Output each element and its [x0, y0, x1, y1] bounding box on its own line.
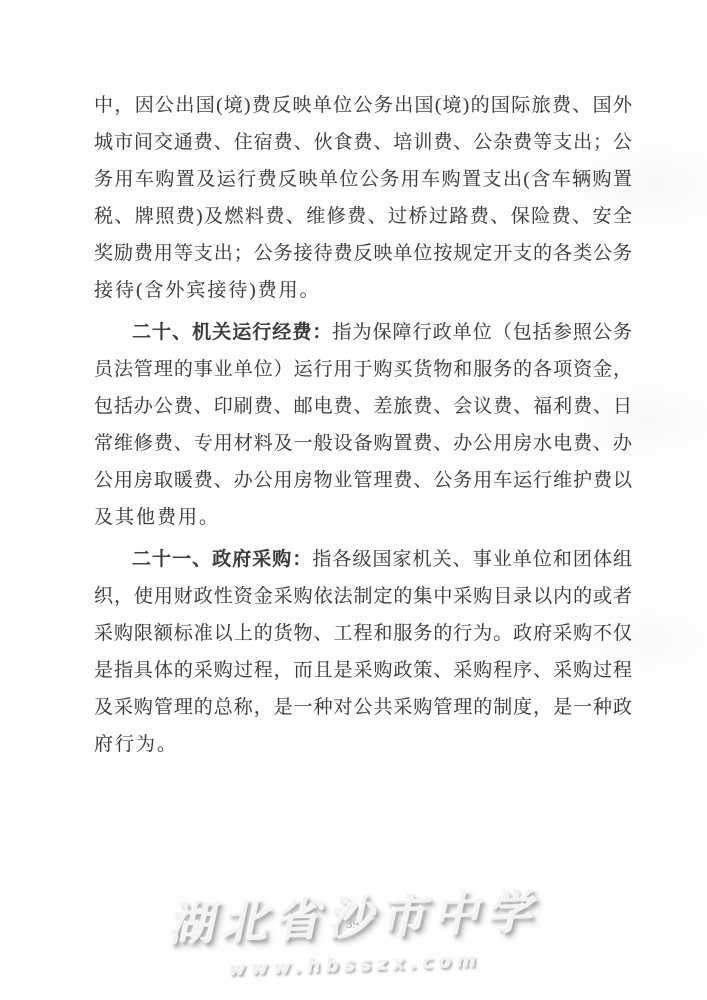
line-text: 及采购管理的总称，是一种对公共采购管理的制度，是一种政 — [94, 697, 632, 718]
line-heading-bold: 二十一、政府采购： — [132, 549, 312, 570]
text-line: 员法管理的事业单位）运行用于购买货物和服务的各项资金， — [94, 351, 632, 388]
line-text: 公用房取暖费、办公用房物业管理费、公务用车运行维护费以 — [94, 470, 632, 491]
page-number: 39 — [346, 916, 359, 932]
line-text: 织，使用财政性资金采购依法制定的集中采购目录以内的或者 — [94, 586, 632, 607]
text-line: 公用房取暖费、办公用房物业管理费、公务用车运行维护费以 — [94, 462, 632, 499]
line-heading-bold: 二十、机关运行经费： — [132, 322, 332, 343]
line-text: 指为保障行政单位（包括参照公务 — [332, 322, 632, 343]
line-text: 采购限额标准以上的货物、工程和服务的行为。政府采购不仅 — [94, 623, 632, 644]
text-line: 二十、机关运行经费：指为保障行政单位（包括参照公务 — [94, 314, 632, 351]
text-line: 接待(含外宾接待)费用。 — [94, 272, 632, 309]
line-text: 常维修费、专用材料及一般设备购置费、办公用房水电费、办 — [94, 433, 632, 454]
text-line: 及其他费用。 — [94, 499, 632, 536]
paragraph-three-public-expenses: 中，因公出国(境)费反映单位公务出国(境)的国际旅费、国外 城市间交通费、住宿费… — [94, 87, 632, 309]
text-line: 府行为。 — [94, 726, 632, 763]
line-text: 府行为。 — [94, 734, 178, 755]
text-line: 常维修费、专用材料及一般设备购置费、办公用房水电费、办 — [94, 425, 632, 462]
line-text: 税、牌照费)及燃料费、维修费、过桥过路费、保险费、安全 — [94, 206, 632, 227]
text-line: 务用车购置及运行费反映单位公务用车购置支出(含车辆购置 — [94, 161, 632, 198]
watermark-website: www.hbsszx.com — [1, 942, 707, 989]
text-line: 奖励费用等支出；公务接待费反映单位按规定开支的各类公务 — [94, 235, 632, 272]
text-line: 采购限额标准以上的货物、工程和服务的行为。政府采购不仅 — [94, 615, 632, 652]
document-page: 中，因公出国(境)费反映单位公务出国(境)的国际旅费、国外 城市间交通费、住宿费… — [0, 0, 707, 1000]
line-text: 中，因公出国(境)费反映单位公务出国(境)的国际旅费、国外 — [94, 95, 632, 116]
text-line: 城市间交通费、住宿费、伙食费、培训费、公杂费等支出；公 — [94, 124, 632, 161]
text-line: 二十一、政府采购：指各级国家机关、事业单位和团体组 — [94, 541, 632, 578]
line-text: 务用车购置及运行费反映单位公务用车购置支出(含车辆购置 — [94, 169, 632, 190]
text-block: 中，因公出国(境)费反映单位公务出国(境)的国际旅费、国外 城市间交通费、住宿费… — [94, 87, 632, 763]
paragraph-agency-operating-funds: 二十、机关运行经费：指为保障行政单位（包括参照公务 员法管理的事业单位）运行用于… — [94, 314, 632, 536]
line-text: 指各级国家机关、事业单位和团体组 — [312, 549, 632, 570]
text-line: 织，使用财政性资金采购依法制定的集中采购目录以内的或者 — [94, 578, 632, 615]
line-text: 奖励费用等支出；公务接待费反映单位按规定开支的各类公务 — [94, 243, 632, 264]
watermark-school-name: 湖北省沙市中学 — [0, 870, 707, 961]
text-line: 税、牌照费)及燃料费、维修费、过桥过路费、保险费、安全 — [94, 198, 632, 235]
line-text: 包括办公费、印刷费、邮电费、差旅费、会议费、福利费、日 — [94, 396, 632, 417]
line-text: 员法管理的事业单位）运行用于购买货物和服务的各项资金， — [94, 359, 632, 380]
text-line: 是指具体的采购过程，而且是采购政策、采购程序、采购过程 — [94, 652, 632, 689]
line-text: 及其他费用。 — [94, 507, 220, 528]
line-text: 接待(含外宾接待)费用。 — [94, 280, 321, 301]
line-text: 城市间交通费、住宿费、伙食费、培训费、公杂费等支出；公 — [94, 132, 632, 153]
text-line: 中，因公出国(境)费反映单位公务出国(境)的国际旅费、国外 — [94, 87, 632, 124]
paragraph-government-procurement: 二十一、政府采购：指各级国家机关、事业单位和团体组 织，使用财政性资金采购依法制… — [94, 541, 632, 763]
text-line: 及采购管理的总称，是一种对公共采购管理的制度，是一种政 — [94, 689, 632, 726]
line-text: 是指具体的采购过程，而且是采购政策、采购程序、采购过程 — [94, 660, 632, 681]
text-line: 包括办公费、印刷费、邮电费、差旅费、会议费、福利费、日 — [94, 388, 632, 425]
